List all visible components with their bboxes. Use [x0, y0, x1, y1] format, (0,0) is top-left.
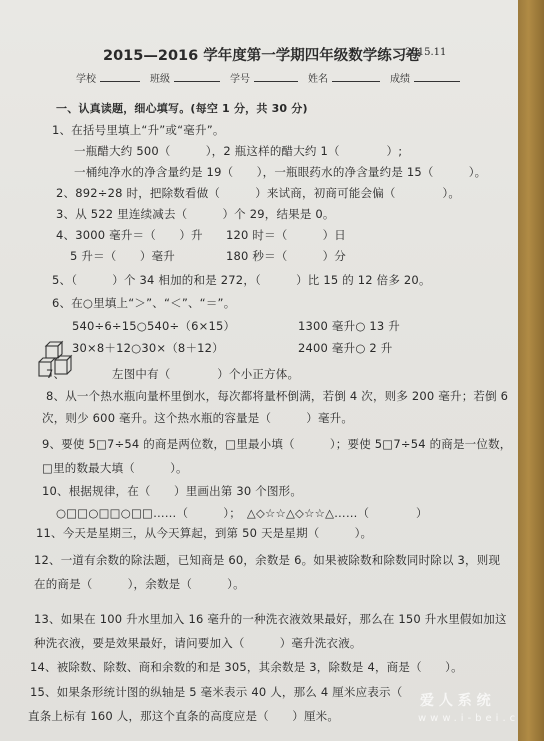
question-line-q13b: 种洗衣液，要是效果最好，请问要加入（ ）毫升洗衣液。: [34, 635, 362, 651]
section-heading: 一、认真读题，细心填写。(每空 1 分，共 30 分): [56, 100, 308, 116]
question-line-q8b: 次，则少 600 毫升。这个热水瓶的容量是（ ）毫升。: [42, 410, 353, 426]
question-line-q6a: 540÷6÷15○540÷（6×15）: [72, 318, 235, 334]
desk-edge: [518, 0, 544, 741]
question-line-q14: 14、被除数、除数、商和余数的和是 305，其余数是 3，除数是 4，商是（ ）…: [30, 659, 463, 675]
question-line-q9b: □里的数最大填（ ）。: [42, 460, 188, 476]
question-line-q6b: 1300 毫升○ 13 升: [298, 318, 400, 334]
question-line-q4c: 5 升＝（ ）毫升: [70, 248, 175, 264]
question-line-q4d: 180 秒＝（ ）分: [226, 248, 346, 264]
cubes-figure: [36, 340, 76, 382]
field-class-label: 班级: [150, 70, 170, 85]
field-school-label: 学校: [76, 70, 96, 85]
question-line-q4b: 120 时＝（ ）日: [226, 227, 346, 243]
field-number-blank[interactable]: [254, 70, 298, 82]
question-line-q11: 11、今天是星期三，从今天算起，到第 50 天是星期（ ）。: [36, 525, 372, 541]
field-score-label: 成绩: [390, 70, 410, 85]
field-number-label: 学号: [230, 70, 250, 85]
question-line-q1a: 一瓶醋大约 500（ ），2 瓶这样的醋大约 1（ ）;: [74, 143, 402, 159]
question-line-q15a: 15、如果条形统计图的纵轴是 5 毫米表示 40 人，那么 4 厘米应表示（: [30, 684, 402, 700]
exam-date: 2015.11: [405, 47, 446, 58]
question-line-q15b: 直条上标有 160 人，那这个直条的高度应是（ ）厘米。: [28, 708, 339, 724]
question-line-q4a: 4、3000 毫升＝（ ）升: [56, 227, 203, 243]
question-line-q5: 5、（ ）个 34 相加的和是 272，（ ）比 15 的 12 倍多 20。: [52, 272, 431, 288]
watermark-url: www.i-bei.co: [418, 713, 529, 724]
question-line-q12a: 12、一道有余数的除法题，已知商是 60，余数是 6。如果被除数和除数同时除以 …: [34, 552, 500, 568]
question-line-q1b: 一桶纯净水的净含量约是 19（ ），一瓶眼药水的净含量约是 15（ ）。: [74, 164, 486, 180]
watermark-logo: 爱 人 系 统: [420, 690, 491, 710]
exam-paper: 2015—2016 学年度第一学期四年级数学练习卷 2015.11 学校 班级 …: [0, 0, 518, 741]
field-name-label: 姓名: [308, 70, 328, 85]
question-line-q3: 3、从 522 里连续减去（ ）个 29，结果是 0。: [56, 206, 335, 222]
student-info-row: 学校 班级 学号 姓名 成绩: [76, 70, 460, 85]
page-title: 2015—2016 学年度第一学期四年级数学练习卷: [103, 44, 421, 65]
question-line-q10: 10、根据规律，在（ ）里画出第 30 个图形。: [42, 483, 302, 499]
field-class-blank[interactable]: [174, 70, 220, 82]
question-line-q13a: 13、如果在 100 升水里加入 16 毫升的一种洗衣液效果最好，那么在 150…: [34, 611, 507, 627]
question-line-q6: 6、在○里填上“＞”、“＜”、“＝”。: [52, 295, 235, 311]
question-line-q6d: 2400 毫升○ 2 升: [298, 340, 392, 356]
question-line-q9a: 9、要使 5□7÷54 的商是两位数，□里最小填（ ）；要使 5□7÷54 的商…: [42, 436, 512, 452]
field-score-blank[interactable]: [414, 70, 460, 82]
question-line-q12b: 在的商是（ ），余数是（ ）。: [34, 576, 245, 592]
question-line-q8a: 8、从一个热水瓶向量杯里倒水，每次都将量杯倒满，若倒 4 次，则多 200 毫升…: [46, 388, 508, 404]
question-line-q10a: ○□□○□□○□□……（ ）； △◇☆☆△◇☆☆△……（ ）: [56, 505, 428, 521]
field-name-blank[interactable]: [332, 70, 380, 82]
question-line-q6c: 30×8＋12○30×（8＋12）: [72, 340, 224, 356]
question-line-q7b: 左图中有（ ）个小正方体。: [112, 366, 299, 382]
question-line-q2: 2、892÷28 时，把除数看做（ ）来试商，初商可能会偏（ ）。: [56, 185, 460, 201]
question-line-q1: 1、在括号里填上“升”或“毫升”。: [52, 122, 225, 138]
field-school-blank[interactable]: [100, 70, 140, 82]
